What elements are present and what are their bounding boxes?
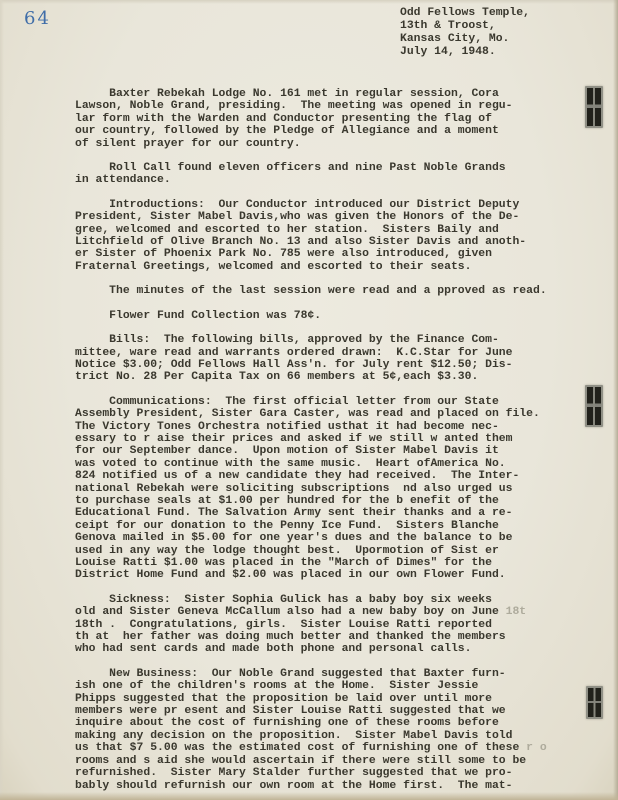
paragraph: Flower Fund Collection was 78¢. — [75, 310, 575, 322]
text-line: of silent prayer for our country. — [75, 138, 575, 150]
text-line: The minutes of the last session were rea… — [75, 285, 575, 297]
text-line: 824 notified us of a new candidate they … — [75, 470, 575, 482]
binding-mark-core — [587, 88, 601, 126]
text-line: in attendance. — [75, 174, 575, 186]
text-line: inquire about the cost of furnishing one… — [75, 717, 575, 729]
paragraph: Roll Call found eleven officers and nine… — [75, 162, 575, 187]
text-line: Assembly President, Sister Gara Caster, … — [75, 408, 575, 420]
text-line: Roll Call found eleven officers and nine… — [75, 162, 575, 174]
text-line: for our September dance. Upon motion of … — [75, 445, 575, 457]
text-line: Genova mailed in $5.00 for one year's du… — [75, 532, 575, 544]
text-line: Phipps suggested that the proposition be… — [75, 693, 575, 705]
text-line: our country, followed by the Pledge of A… — [75, 125, 575, 137]
text-line: who had sent cards and made both phone a… — [75, 643, 575, 655]
text-line: national Rebekah were soliciting subscri… — [75, 483, 575, 495]
document-body: Baxter Rebekah Lodge No. 161 met in regu… — [75, 88, 575, 800]
text-line: Bills: The following bills, approved by … — [75, 334, 575, 346]
faint-text-segment: r o — [526, 742, 547, 754]
binding-mark-core — [587, 387, 601, 425]
text-line: Louise Ratti $1.00 was placed in the "Ma… — [75, 557, 575, 569]
text-segment: old and Sister Geneva McCallum also had … — [75, 606, 506, 618]
text-line: Introductions: Our Conductor introduced … — [75, 199, 575, 211]
text-line: bably should refurnish our own room at t… — [75, 780, 575, 792]
text-line: The Victory Tones Orchestra notified ust… — [75, 421, 575, 433]
text-line: ish one of the children's rooms at the H… — [75, 680, 575, 692]
text-line: ceipt for our donation to the Penny Ice … — [75, 520, 575, 532]
paragraph: Bills: The following bills, approved by … — [75, 334, 575, 384]
text-line: Odd Fellows Temple, — [400, 7, 530, 20]
paragraph: Communications: The first official lette… — [75, 396, 575, 582]
paper-edge-bottom — [0, 792, 618, 800]
text-line: used in any way the lodge thought best. … — [75, 545, 575, 557]
binding-mark-core — [588, 688, 601, 717]
text-line: Communications: The first official lette… — [75, 396, 575, 408]
text-segment: us that $7 5.00 was the estimated cost o… — [75, 742, 526, 754]
text-line: President, Sister Mabel Davis,who was gi… — [75, 211, 575, 223]
text-line: rooms and s aid she would ascertain if t… — [75, 755, 575, 767]
paper-edge-top — [0, 0, 618, 4]
text-line: Baxter Rebekah Lodge No. 161 met in regu… — [75, 88, 575, 100]
text-line: trict No. 28 Per Capita Tax on 66 member… — [75, 371, 575, 383]
paragraph: Sickness: Sister Sophia Gulick has a bab… — [75, 594, 575, 656]
page-number: 64 — [24, 8, 51, 29]
text-line: Kansas City, Mo. — [400, 33, 530, 46]
text-line: Flower Fund Collection was 78¢. — [75, 310, 575, 322]
text-line: Notice $3.00; Odd Fellows Hall Ass'n. fo… — [75, 359, 575, 371]
paper-edge-right — [613, 0, 618, 800]
text-line: er Sister of Phoenix Park No. 785 were a… — [75, 248, 575, 260]
text-line: gree, welcomed and escorted to her stati… — [75, 224, 575, 236]
paper-edge-left — [0, 0, 4, 800]
text-line: July 14, 1948. — [400, 46, 530, 59]
text-line: refurnished. Sister Mary Stalder further… — [75, 767, 575, 779]
text-line: New Business: Our Noble Grand suggested … — [75, 668, 575, 680]
text-line: th at her father was doing much better a… — [75, 631, 575, 643]
paragraph: Baxter Rebekah Lodge No. 161 met in regu… — [75, 88, 575, 150]
text-line: essary to r aise their prices and asked … — [75, 433, 575, 445]
text-line: District Home Fund and $2.00 was placed … — [75, 569, 575, 581]
text-line: Educational Fund. The Salvation Army sen… — [75, 507, 575, 519]
text-line: making any decision on the proposition. … — [75, 730, 575, 742]
text-line: 18th . Congratulations, girls. Sister Lo… — [75, 619, 575, 631]
paper: 64 Odd Fellows Temple,13th & Troost,Kans… — [0, 0, 618, 800]
text-line: Fraternal Greetings, welcomed and escort… — [75, 261, 575, 273]
text-line: Litchfield of Olive Branch No. 13 and al… — [75, 236, 575, 248]
text-line: members were pr esent and Sister Louise … — [75, 705, 575, 717]
text-line: Lawson, Noble Grand, presiding. The meet… — [75, 100, 575, 112]
binding-mark-1 — [585, 86, 603, 128]
paragraph: New Business: Our Noble Grand suggested … — [75, 668, 575, 792]
binding-mark-2 — [585, 385, 603, 427]
text-line: old and Sister Geneva McCallum also had … — [75, 606, 575, 618]
text-line: us that $7 5.00 was the estimated cost o… — [75, 742, 575, 754]
text-line: 13th & Troost, — [400, 20, 530, 33]
text-line: to purchase seals at $1.00 per hundred f… — [75, 495, 575, 507]
binding-mark-3 — [586, 686, 603, 719]
text-line: mittee, ware read and warrants ordered d… — [75, 347, 575, 359]
text-line: lar form with the Warden and Conductor p… — [75, 113, 575, 125]
paragraph: The minutes of the last session were rea… — [75, 285, 575, 297]
text-line: Sickness: Sister Sophia Gulick has a bab… — [75, 594, 575, 606]
faint-text-segment: 18t — [506, 606, 527, 618]
paragraph: Introductions: Our Conductor introduced … — [75, 199, 575, 273]
header-address: Odd Fellows Temple,13th & Troost,Kansas … — [400, 7, 530, 59]
text-line: was voted to continue with the same musi… — [75, 458, 575, 470]
